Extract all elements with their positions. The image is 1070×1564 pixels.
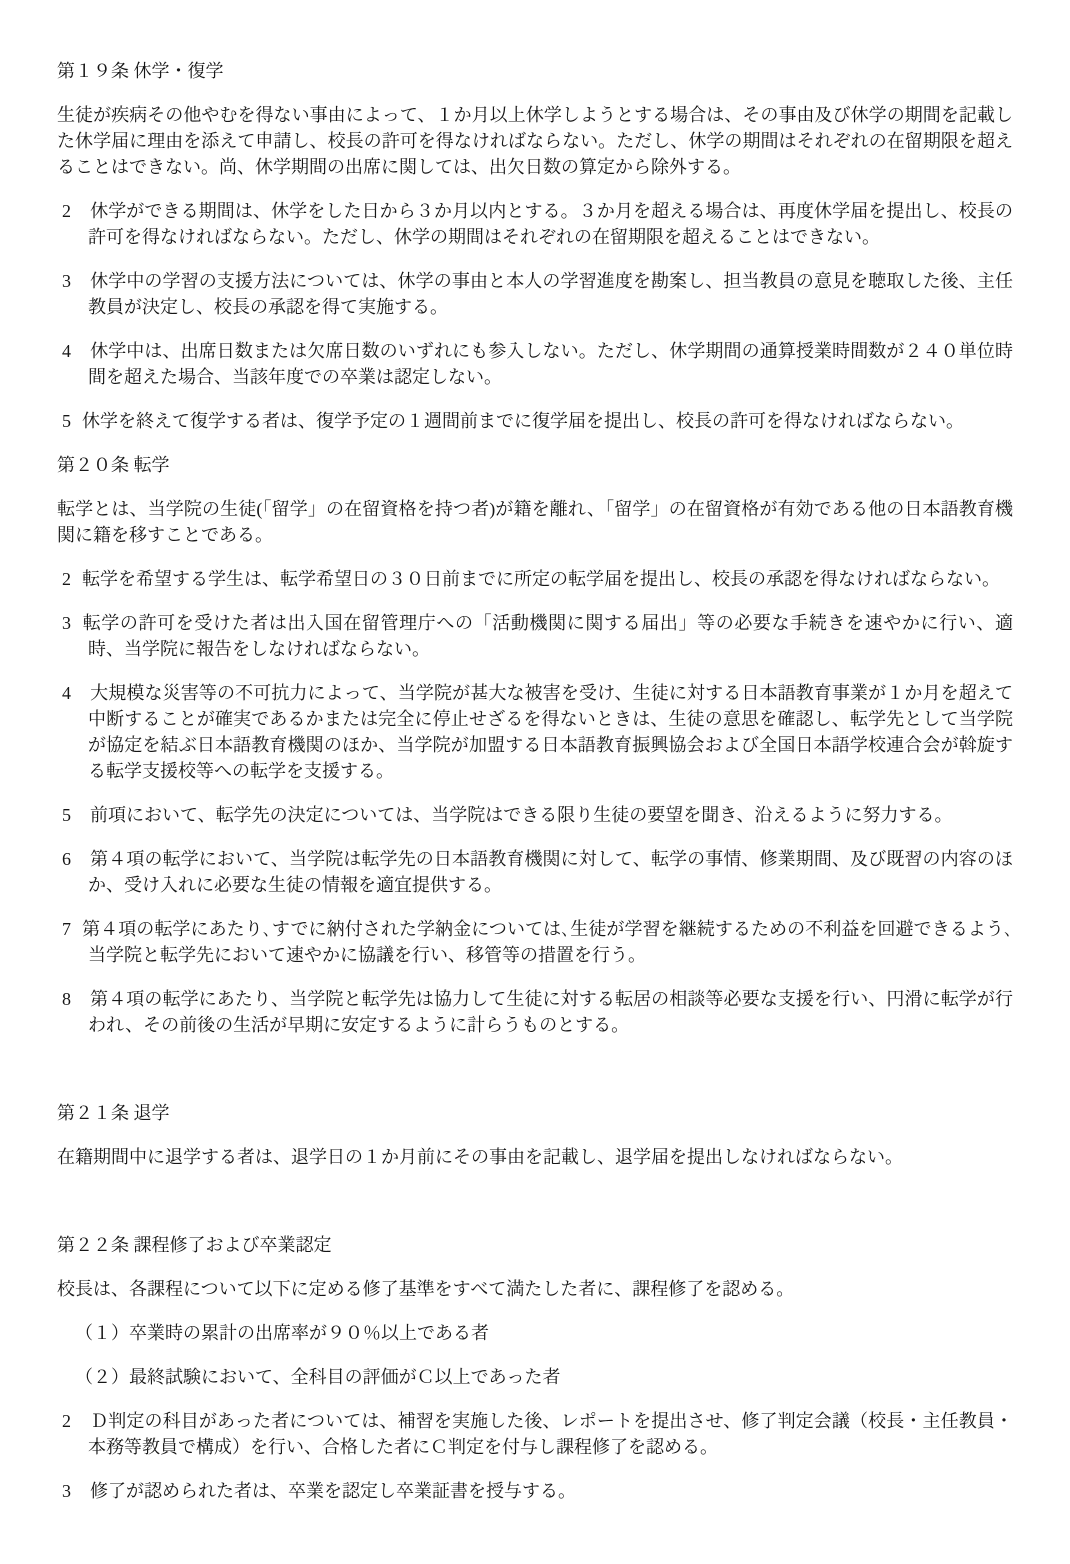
item-text: 第４項の転学にあたり､すでに納付された学納金については､生徒が学習を継続するため… <box>82 919 1013 965</box>
item-text: 大規模な災害等の不可抗力によって、当学院が甚大な被害を受け、生徒に対する日本語教… <box>88 683 1013 781</box>
sub-item: （１）卒業時の累計の出席率が９０％以上である者 <box>75 1320 1013 1346</box>
numbered-item: 6第４項の転学において、当学院は転学先の日本語教育機関に対して、転学の事情、修業… <box>62 846 1013 898</box>
numbered-item: 8第４項の転学にあたり、当学院と転学先は協力して生徒に対する転居の相談等必要な支… <box>62 986 1013 1038</box>
item-text: 休学を終えて復学する者は、復学予定の１週間前までに復学届を提出し、校長の許可を得… <box>82 411 964 431</box>
item-number: 3 <box>62 268 90 294</box>
blank-line <box>57 1056 1013 1082</box>
document-page: 第１９条 休学・復学生徒が疾病その他やむを得ない事由によって、１か月以上休学しよ… <box>0 0 1070 1564</box>
item-number: 2 <box>62 566 82 592</box>
numbered-item: 3転学の許可を受けた者は出入国在留管理庁への「活動機関に関する届出」等の必要な手… <box>62 610 1013 662</box>
item-number: 5 <box>62 408 82 434</box>
item-number: 6 <box>62 846 90 872</box>
item-number: 2 <box>62 198 90 224</box>
article-heading: 第１９条 休学・復学 <box>57 58 1013 84</box>
item-number: 5 <box>62 802 90 828</box>
numbered-item: 3休学中の学習の支援方法については、休学の事由と本人の学習進度を勘案し、担当教員… <box>62 268 1013 320</box>
item-text: 転学の許可を受けた者は出入国在留管理庁への「活動機関に関する届出」等の必要な手続… <box>82 613 1013 659</box>
item-text: 前項において、転学先の決定については、当学院はできる限り生徒の要望を聞き、沿える… <box>90 805 953 825</box>
numbered-item: 4休学中は、出席日数または欠席日数のいずれにも参入しない。ただし、休学期間の通算… <box>62 338 1013 390</box>
item-text: 休学中は、出席日数または欠席日数のいずれにも参入しない。ただし、休学期間の通算授… <box>88 341 1013 387</box>
article-heading: 第２１条 退学 <box>57 1100 1013 1126</box>
numbered-item: 5休学を終えて復学する者は、復学予定の１週間前までに復学届を提出し、校長の許可を… <box>62 408 1013 434</box>
numbered-item: 2休学ができる期間は、休学をした日から３か月以内とする。３か月を超える場合は、再… <box>62 198 1013 250</box>
sub-item: （２）最終試験において、全科目の評価がＣ以上であった者 <box>75 1364 1013 1390</box>
item-text: 第４項の転学にあたり、当学院と転学先は協力して生徒に対する転居の相談等必要な支援… <box>88 989 1013 1035</box>
item-number: 7 <box>62 916 82 942</box>
item-number: 4 <box>62 680 90 706</box>
blank-line <box>57 1188 1013 1214</box>
item-number: 2 <box>62 1408 90 1434</box>
item-text: Ｄ判定の科目があった者については、補習を実施した後、レポートを提出させ、修了判定… <box>88 1411 1013 1457</box>
item-number: 4 <box>62 338 90 364</box>
numbered-item: 5前項において、転学先の決定については、当学院はできる限り生徒の要望を聞き、沿え… <box>62 802 1013 828</box>
numbered-item: 3修了が認められた者は、卒業を認定し卒業証書を授与する。 <box>62 1478 1013 1504</box>
numbered-item: 7第４項の転学にあたり､すでに納付された学納金については､生徒が学習を継続するた… <box>62 916 1013 968</box>
item-number: 3 <box>62 1478 90 1504</box>
item-text: 転学を希望する学生は、転学希望日の３０日前までに所定の転学届を提出し、校長の承認… <box>82 569 1000 589</box>
document-body: 第１９条 休学・復学生徒が疾病その他やむを得ない事由によって、１か月以上休学しよ… <box>57 58 1013 1504</box>
numbered-item: 4大規模な災害等の不可抗力によって、当学院が甚大な被害を受け、生徒に対する日本語… <box>62 680 1013 784</box>
article-paragraph: 生徒が疾病その他やむを得ない事由によって、１か月以上休学しようとする場合は、その… <box>57 102 1013 180</box>
item-number: 3 <box>62 610 82 636</box>
article-heading: 第２２条 課程修了および卒業認定 <box>57 1232 1013 1258</box>
article-paragraph: 転学とは、当学院の生徒(「留学」の在留資格を持つ者)が籍を離れ、「留学」の在留資… <box>57 496 1013 548</box>
item-text: 休学ができる期間は、休学をした日から３か月以内とする。３か月を超える場合は、再度… <box>88 201 1013 247</box>
item-text: 第４項の転学において、当学院は転学先の日本語教育機関に対して、転学の事情、修業期… <box>88 849 1013 895</box>
item-number: 8 <box>62 986 90 1012</box>
article-paragraph: 在籍期間中に退学する者は、退学日の１か月前にその事由を記載し、退学届を提出しなけ… <box>57 1144 1013 1170</box>
numbered-item: 2転学を希望する学生は、転学希望日の３０日前までに所定の転学届を提出し、校長の承… <box>62 566 1013 592</box>
article-heading: 第２０条 転学 <box>57 452 1013 478</box>
numbered-item: 2Ｄ判定の科目があった者については、補習を実施した後、レポートを提出させ、修了判… <box>62 1408 1013 1460</box>
item-text: 休学中の学習の支援方法については、休学の事由と本人の学習進度を勘案し、担当教員の… <box>88 271 1013 317</box>
article-paragraph: 校長は、各課程について以下に定める修了基準をすべて満たした者に、課程修了を認める… <box>57 1276 1013 1302</box>
item-text: 修了が認められた者は、卒業を認定し卒業証書を授与する。 <box>90 1481 576 1501</box>
